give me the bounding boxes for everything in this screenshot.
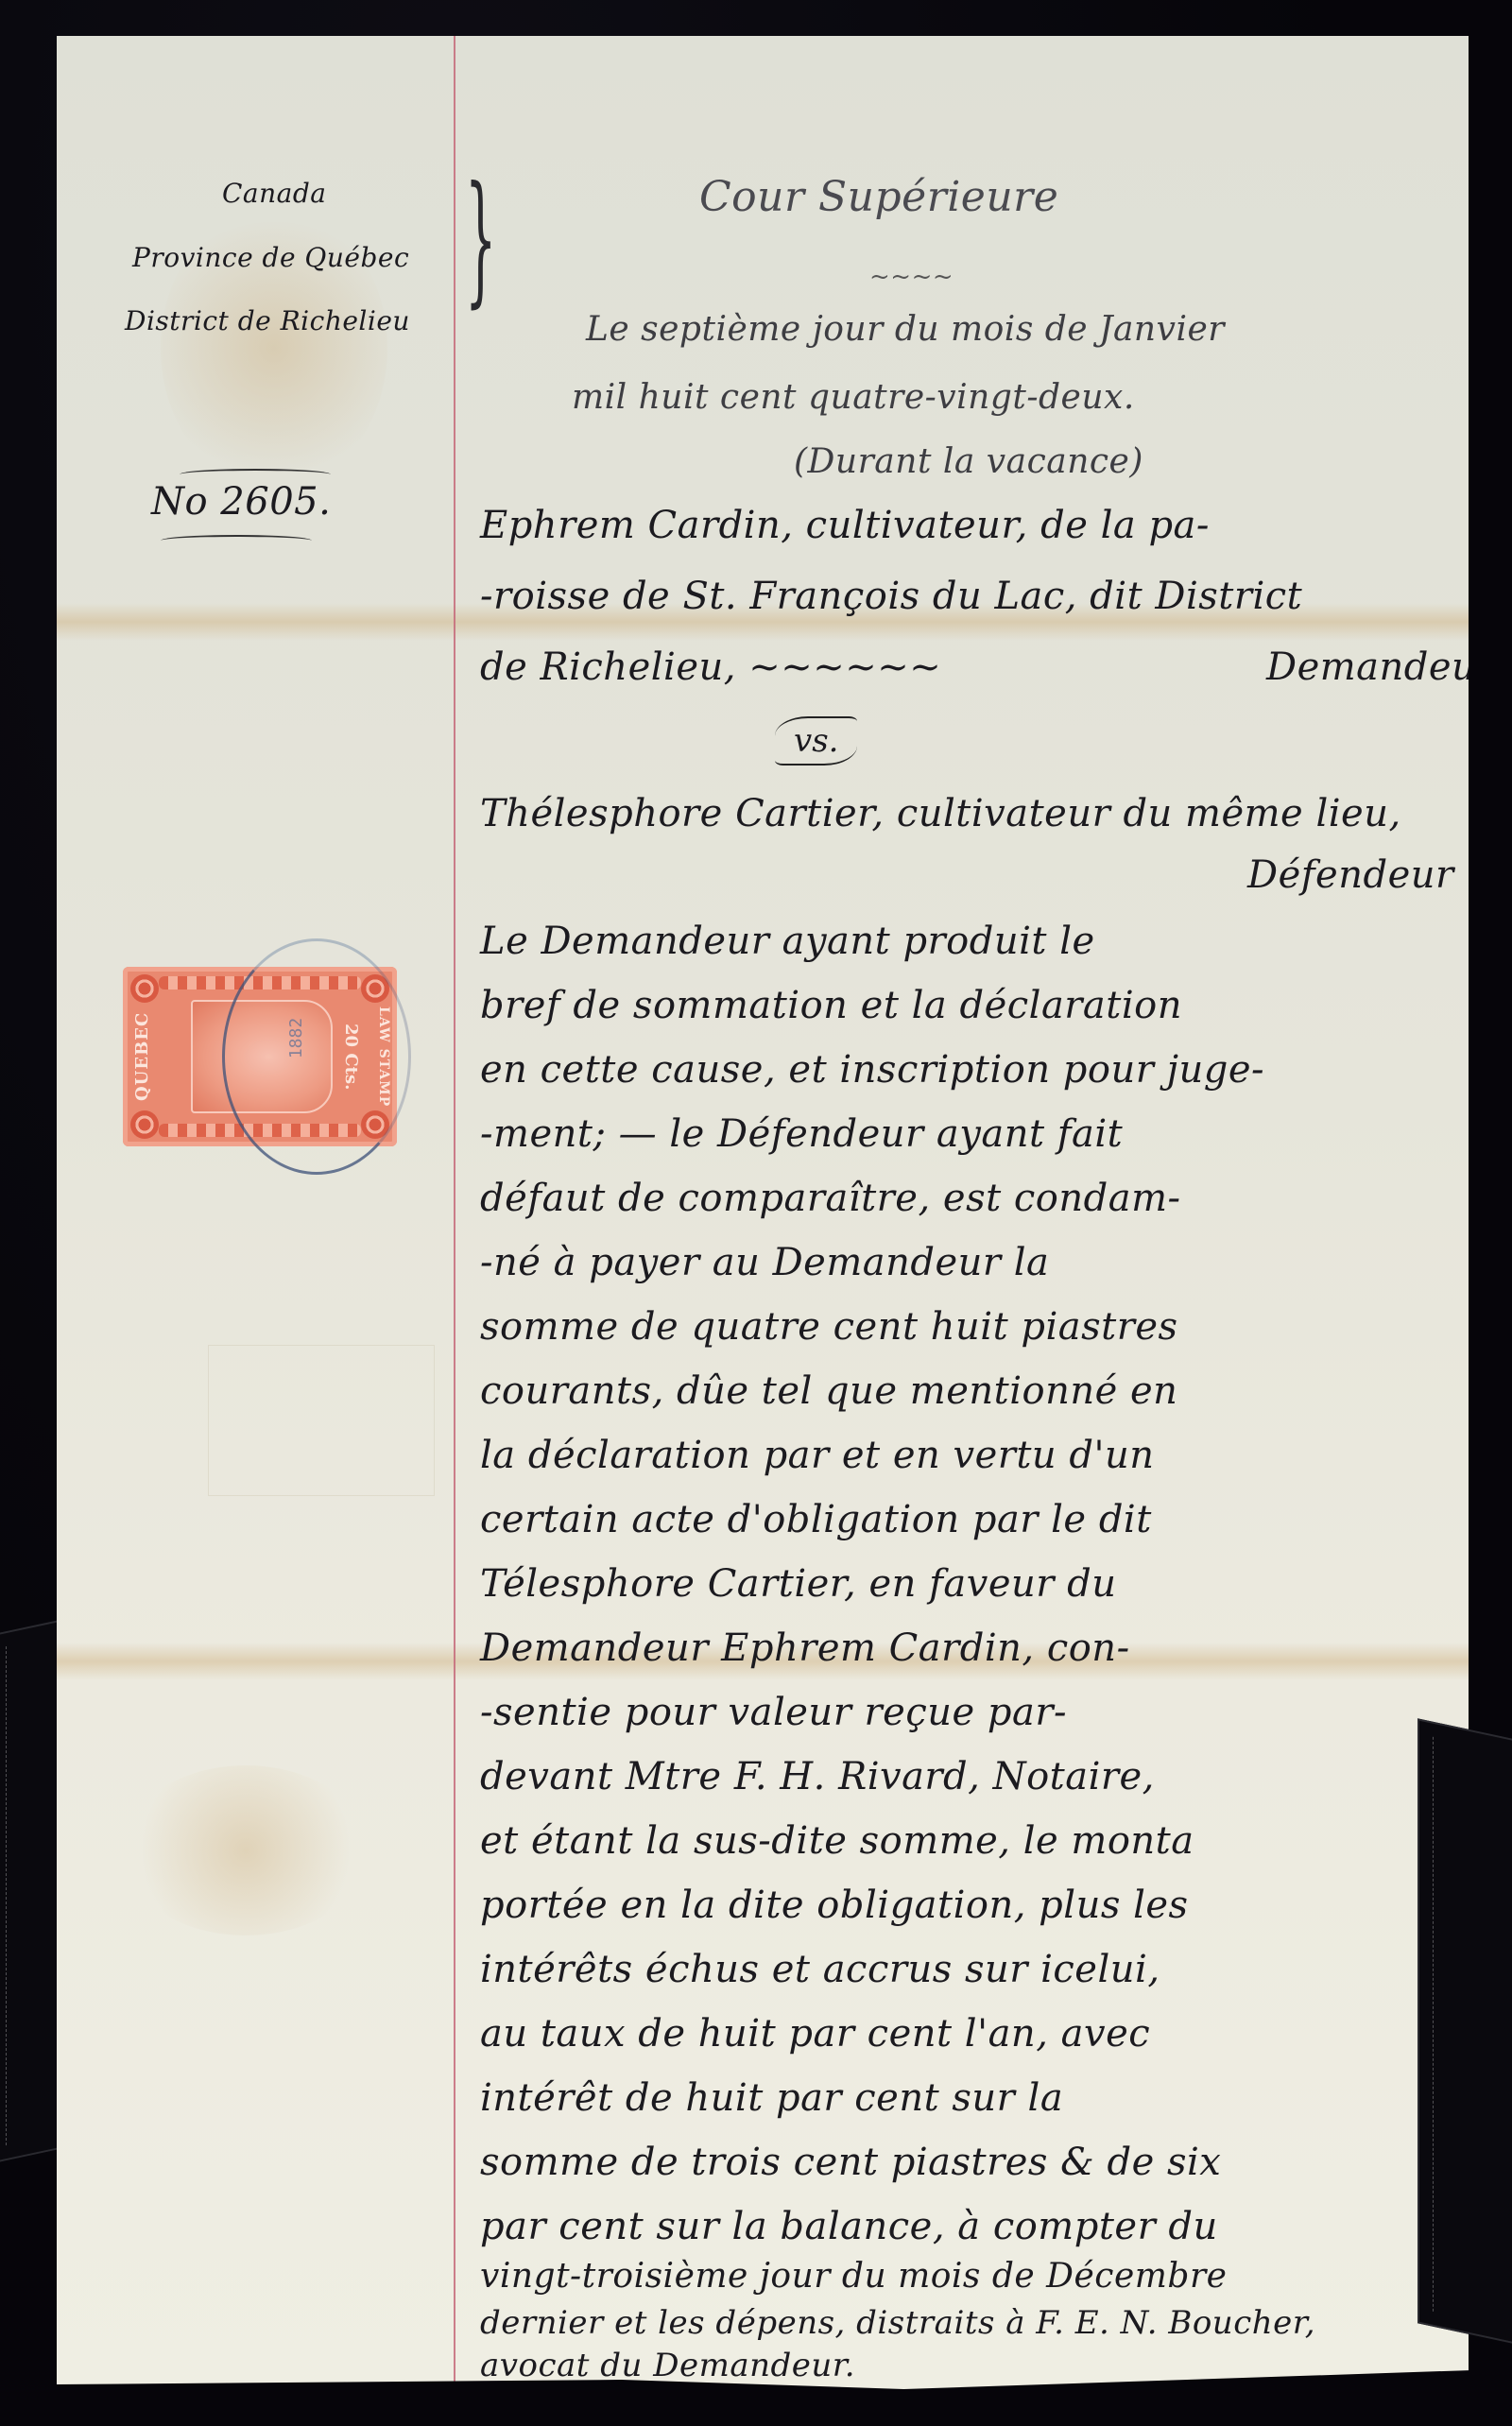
document-page: Canada Province de Québec District de Ri…: [57, 36, 1469, 2389]
stamp-quebec-text: QUEBEC: [132, 1005, 164, 1109]
judgment-line: Demandeur Ephrem Cardin, con-: [480, 1626, 1130, 1670]
photo-stage: Canada Province de Québec District de Ri…: [0, 0, 1512, 2426]
province-label: Province de Québec: [132, 242, 409, 273]
margin-rule: [454, 36, 455, 2389]
date-line-1: Le septième jour du mois de Janvier: [586, 310, 1225, 349]
judgment-line: dernier et les dépens, distraits à F. E.…: [480, 2304, 1315, 2342]
court-title: Cour Supérieure: [699, 173, 1058, 221]
judgment-line: et étant la sus-dite somme, le monta: [480, 1819, 1194, 1863]
plaintiff-line-2: -roisse de St. François du Lac, dit Dist…: [480, 575, 1302, 618]
session-note: (Durant la vacance): [794, 442, 1143, 481]
right-page-holder: [1417, 1718, 1512, 2345]
judgment-line: somme de trois cent piastres & de six: [480, 2141, 1221, 2184]
judgment-line: vingt-troisième jour du mois de Décembre: [480, 2257, 1227, 2296]
judgment-line: bref de sommation et la déclaration: [480, 984, 1182, 1027]
judgment-line: en cette cause, et inscription pour juge…: [480, 1048, 1264, 1092]
defendant-line: Thélesphore Cartier, cultivateur du même…: [480, 792, 1401, 835]
judgment-line: Le Demandeur ayant produit le: [480, 920, 1095, 963]
judgment-line: somme de quatre cent huit piastres: [480, 1305, 1178, 1349]
heading-separator: ~~~~: [869, 263, 954, 291]
country-label: Canada: [222, 178, 326, 209]
judgment-line: -ment; — le Défendeur ayant fait: [480, 1112, 1123, 1156]
page-mark: =Je=: [1380, 2380, 1457, 2413]
judgment-line: -né à payer au Demandeur la: [480, 1241, 1049, 1284]
brace-glyph: }: [465, 168, 496, 310]
judgment-line: -sentie pour valeur reçue par-: [480, 1691, 1067, 1734]
judgment-line: certain acte d'obligation par le dit: [480, 1498, 1152, 1541]
judgment-line: courants, dûe tel que mentionné en: [480, 1369, 1177, 1413]
date-line-2: mil huit cent quatre-vingt-deux.: [572, 378, 1135, 417]
faint-imprint: [208, 1345, 435, 1496]
case-number: No 2605.: [151, 480, 331, 524]
plaintiff-role: Demandeur: [1266, 645, 1495, 689]
judgment-line: devant Mtre F. H. Rivard, Notaire,: [480, 1755, 1155, 1798]
judgment-line: Télesphore Cartier, en faveur du: [480, 1562, 1117, 1606]
judgment-line: portée en la dite obligation, plus les: [480, 1884, 1189, 1927]
cancellation-date: 1882: [286, 1018, 306, 1058]
judgment-line: défaut de comparaître, est condam-: [480, 1177, 1181, 1220]
judgment-line: avocat du Demandeur.: [480, 2347, 855, 2384]
defendant-role: Défendeur: [1247, 853, 1454, 897]
flourish-top: [180, 469, 331, 480]
foxing-stain: [123, 1765, 369, 1936]
stamp-corner-ornament: [130, 974, 159, 1003]
judgment-line: au taux de huit par cent l'an, avec: [480, 2012, 1150, 2056]
district-label: District de Richelieu: [125, 305, 410, 336]
stamp-corner-ornament: [130, 1110, 159, 1139]
judgment-line: par cent sur la balance, à compter du: [480, 2205, 1218, 2248]
plaintiff-line-3: de Richelieu, ~~~~~~: [480, 645, 941, 689]
judgment-line: intérêts échus et accrus sur icelui,: [480, 1948, 1160, 1991]
judgment-line: intérêt de huit par cent sur la: [480, 2076, 1063, 2120]
flourish-bottom: [161, 535, 312, 546]
judgment-line: la déclaration par et en vertu d'un: [480, 1434, 1155, 1477]
plaintiff-line-1: Ephrem Cardin, cultivateur, de la pa-: [480, 504, 1210, 547]
cancellation-postmark: [222, 938, 411, 1175]
versus-mark: vs.: [775, 716, 857, 766]
case-number-text: No 2605.: [151, 480, 331, 524]
